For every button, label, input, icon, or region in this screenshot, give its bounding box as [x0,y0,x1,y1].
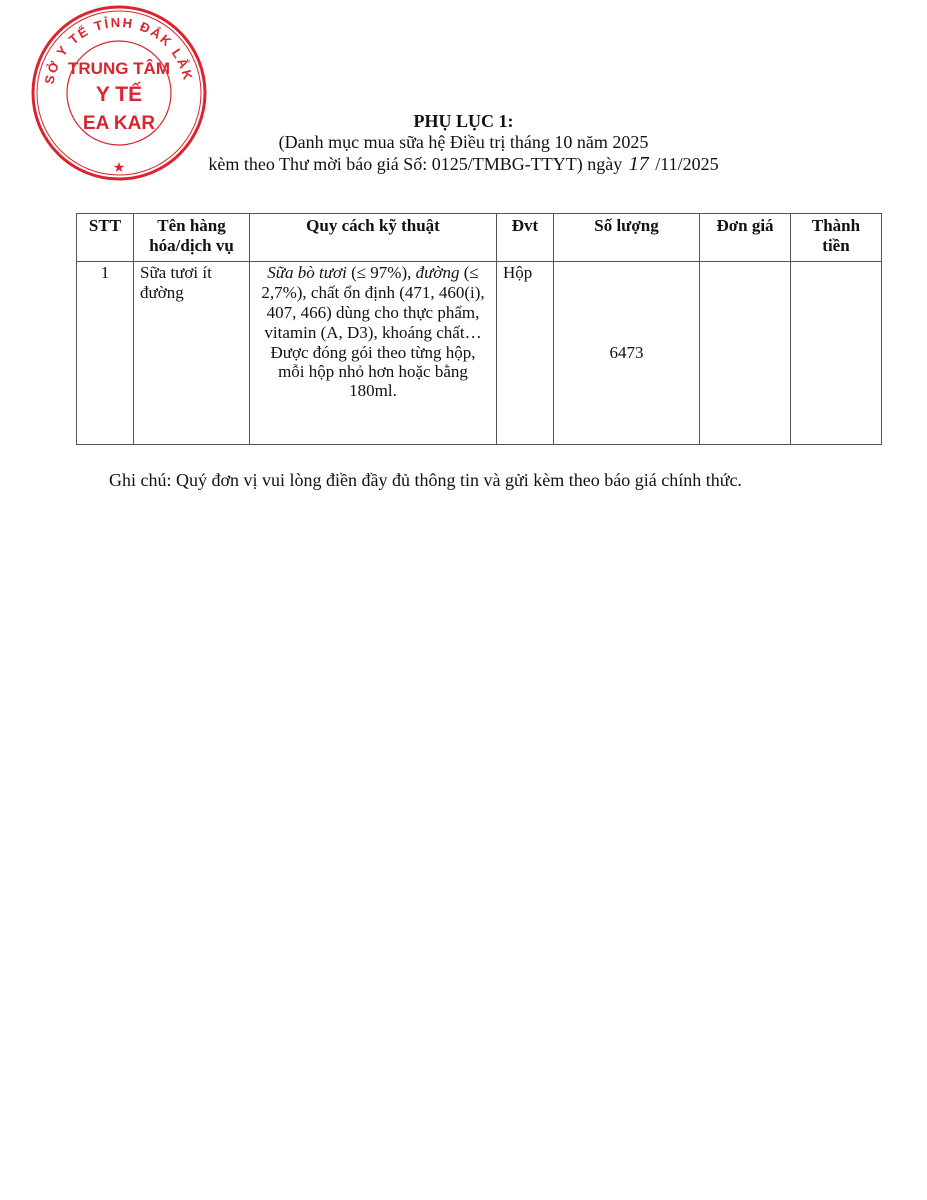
cell-unit-price[interactable] [700,262,791,445]
table-header-row: STT Tên hàng hóa/dịch vụ Quy cách kỹ thu… [77,214,882,262]
document-reference: kèm theo Thư mời báo giá Số: 0125/TMBG-T… [0,154,927,175]
reference-day: 17 [627,153,651,175]
spec-ingredient-sugar: đường [416,263,460,282]
spec-packaging: Được đóng gói theo từng hộp, mỗi hộp nhỏ… [256,343,490,400]
reference-code: /TMBG-TTYT) ngày [468,154,622,174]
column-header-unit-price: Đơn giá [700,214,791,262]
reference-prefix: kèm theo Thư mời báo giá Số: [208,154,427,174]
cell-name: Sữa tươi ít đường [134,262,250,445]
document-title: PHỤ LỤC 1: [0,111,927,132]
column-header-stt: STT [77,214,134,262]
reference-number: 0125 [432,154,468,174]
cell-stt: 1 [77,262,134,445]
cell-quantity: 6473 [554,262,700,445]
svg-text:TRUNG TÂM: TRUNG TÂM [68,59,170,78]
column-header-unit: Đvt [497,214,554,262]
spec-text-1: (≤ 97%), [347,263,416,282]
cell-total[interactable] [791,262,882,445]
column-header-quantity: Số lượng [554,214,700,262]
cell-unit: Hộp [497,262,554,445]
cell-spec: Sữa bò tươi (≤ 97%), đường (≤ 2,7%), chấ… [250,262,497,445]
column-header-name: Tên hàng hóa/dịch vụ [134,214,250,262]
spec-ingredient-milk: Sữa bò tươi [267,263,347,282]
footnote: Ghi chú: Quý đơn vị vui lòng điền đầy đủ… [109,470,742,491]
document-subtitle: (Danh mục mua sữa hệ Điều trị tháng 10 n… [0,132,927,153]
column-header-spec: Quy cách kỹ thuật [250,214,497,262]
svg-text:Y TẾ: Y TẾ [96,83,142,106]
column-header-total: Thành tiền [791,214,882,262]
items-table: STT Tên hàng hóa/dịch vụ Quy cách kỹ thu… [76,213,882,445]
table-row: 1 Sữa tươi ít đường Sữa bò tươi (≤ 97%),… [77,262,882,445]
reference-month-year: /11/2025 [655,154,718,174]
